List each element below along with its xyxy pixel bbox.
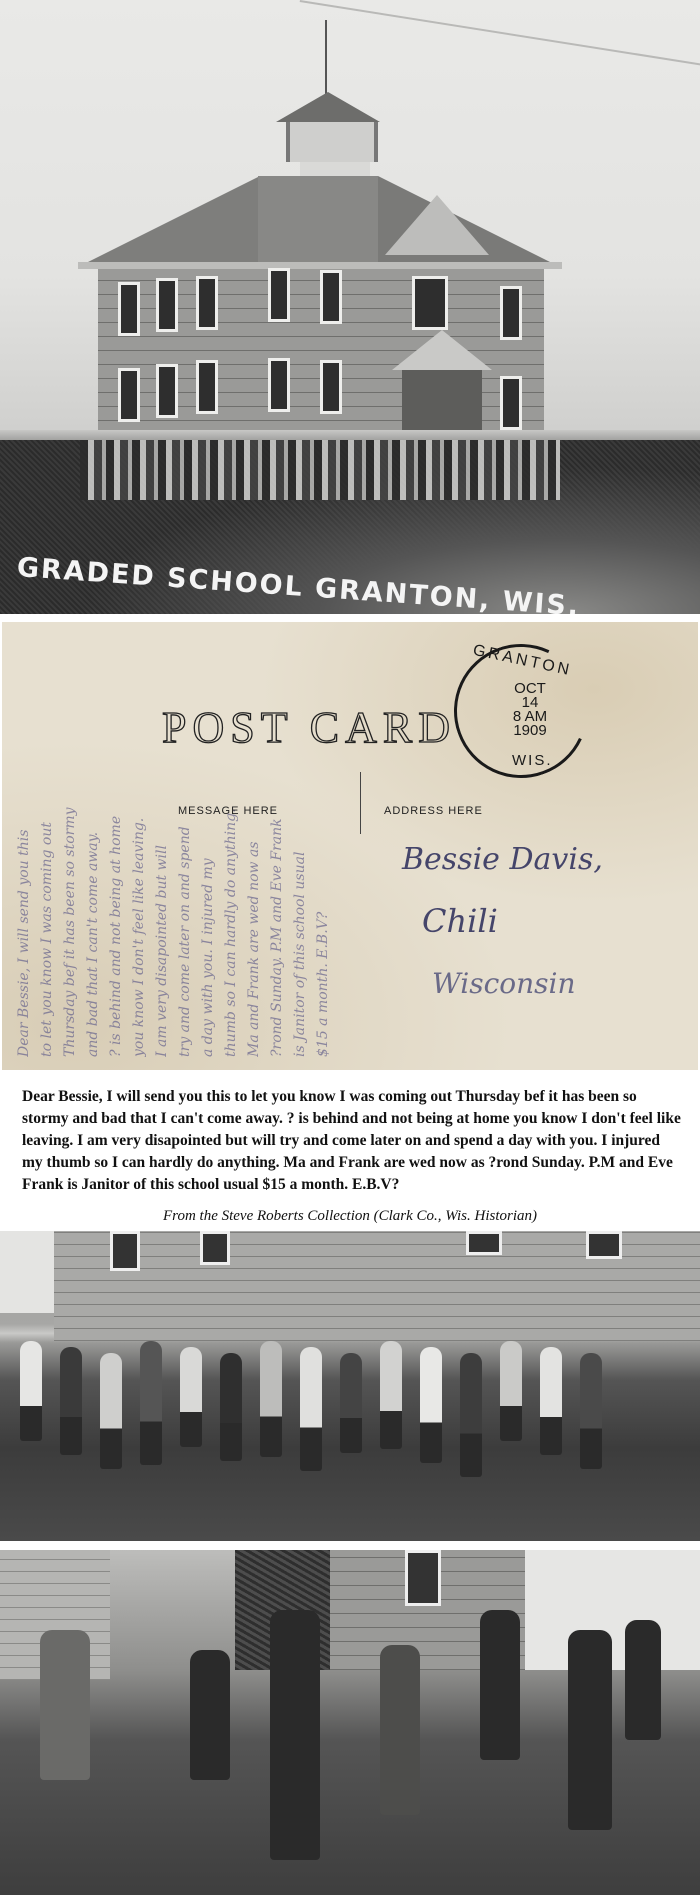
address-label: ADDRESS HERE xyxy=(384,805,483,817)
child xyxy=(100,1353,122,1469)
schoolyard-closeup-photo xyxy=(0,1550,700,1895)
eave xyxy=(78,262,562,269)
handwritten-line: Dear Bessie, I will send you this xyxy=(16,642,36,1057)
postmark-year: 1909 xyxy=(505,724,555,738)
message-transcription: Dear Bessie, I will send you this to let… xyxy=(22,1086,682,1196)
recipient-state: Wisconsin xyxy=(432,967,576,1000)
child xyxy=(260,1341,282,1457)
window xyxy=(586,1231,622,1259)
cupola-belfry xyxy=(286,122,378,162)
child xyxy=(300,1347,322,1471)
child xyxy=(460,1353,482,1477)
children-group xyxy=(80,440,560,500)
child xyxy=(380,1645,420,1815)
child xyxy=(580,1353,602,1469)
window xyxy=(200,1231,230,1265)
postcard-title: POST CARD xyxy=(162,702,456,753)
sky xyxy=(0,1231,54,1313)
roof-left xyxy=(80,176,260,266)
window xyxy=(156,278,178,332)
cupola-roof xyxy=(276,92,380,122)
child xyxy=(40,1630,90,1780)
gable xyxy=(385,195,489,255)
postcard-back: Dear Bessie, I will send you thisto let … xyxy=(2,622,698,1070)
child xyxy=(625,1620,661,1740)
recipient-name: Bessie Davis, xyxy=(402,842,603,877)
child xyxy=(180,1347,202,1447)
children-closeup-photo xyxy=(0,1231,700,1541)
handwritten-line: to let you know I was coming out xyxy=(39,642,59,1057)
handwritten-line: Thursday bef it has been so stormy xyxy=(62,642,82,1057)
window xyxy=(196,360,218,414)
entrance-porch-roof xyxy=(392,330,492,370)
child xyxy=(380,1341,402,1449)
child xyxy=(270,1610,320,1860)
window xyxy=(466,1231,502,1255)
postmark-state: WIS. xyxy=(512,752,553,769)
child xyxy=(220,1353,242,1461)
window xyxy=(320,360,342,414)
handwritten-line: and bad that I can't come away. xyxy=(85,642,105,1057)
child xyxy=(60,1347,82,1455)
child xyxy=(20,1341,42,1441)
child xyxy=(500,1341,522,1441)
school-building-photo: GRADED SCHOOL GRANTON, WIS. xyxy=(0,0,700,614)
postmark-date: OCT 14 8 AM 1909 xyxy=(505,682,555,738)
child xyxy=(480,1610,520,1760)
collection-credit: From the Steve Roberts Collection (Clark… xyxy=(0,1208,700,1225)
window xyxy=(196,276,218,330)
roof-center xyxy=(258,176,378,266)
window xyxy=(500,286,522,340)
child xyxy=(190,1650,230,1780)
window xyxy=(110,1231,140,1271)
window xyxy=(320,270,342,324)
window xyxy=(156,364,178,418)
sky xyxy=(525,1550,700,1670)
message-label: MESSAGE HERE xyxy=(178,805,278,817)
handwritten-line: you know I don't feel like leaving. xyxy=(131,642,151,1057)
child xyxy=(540,1347,562,1455)
window xyxy=(500,376,522,430)
handwritten-line: ? is behind and not being at home xyxy=(108,642,128,1057)
window xyxy=(405,1550,441,1606)
window xyxy=(268,358,290,412)
postcard-divider xyxy=(360,772,361,834)
window xyxy=(118,282,140,336)
child xyxy=(568,1630,612,1830)
telegraph-wire xyxy=(300,0,700,71)
window xyxy=(412,276,448,330)
child xyxy=(340,1353,362,1453)
child xyxy=(140,1341,162,1465)
recipient-city: Chili xyxy=(422,902,498,940)
window xyxy=(268,268,290,322)
window xyxy=(118,368,140,422)
child xyxy=(420,1347,442,1463)
